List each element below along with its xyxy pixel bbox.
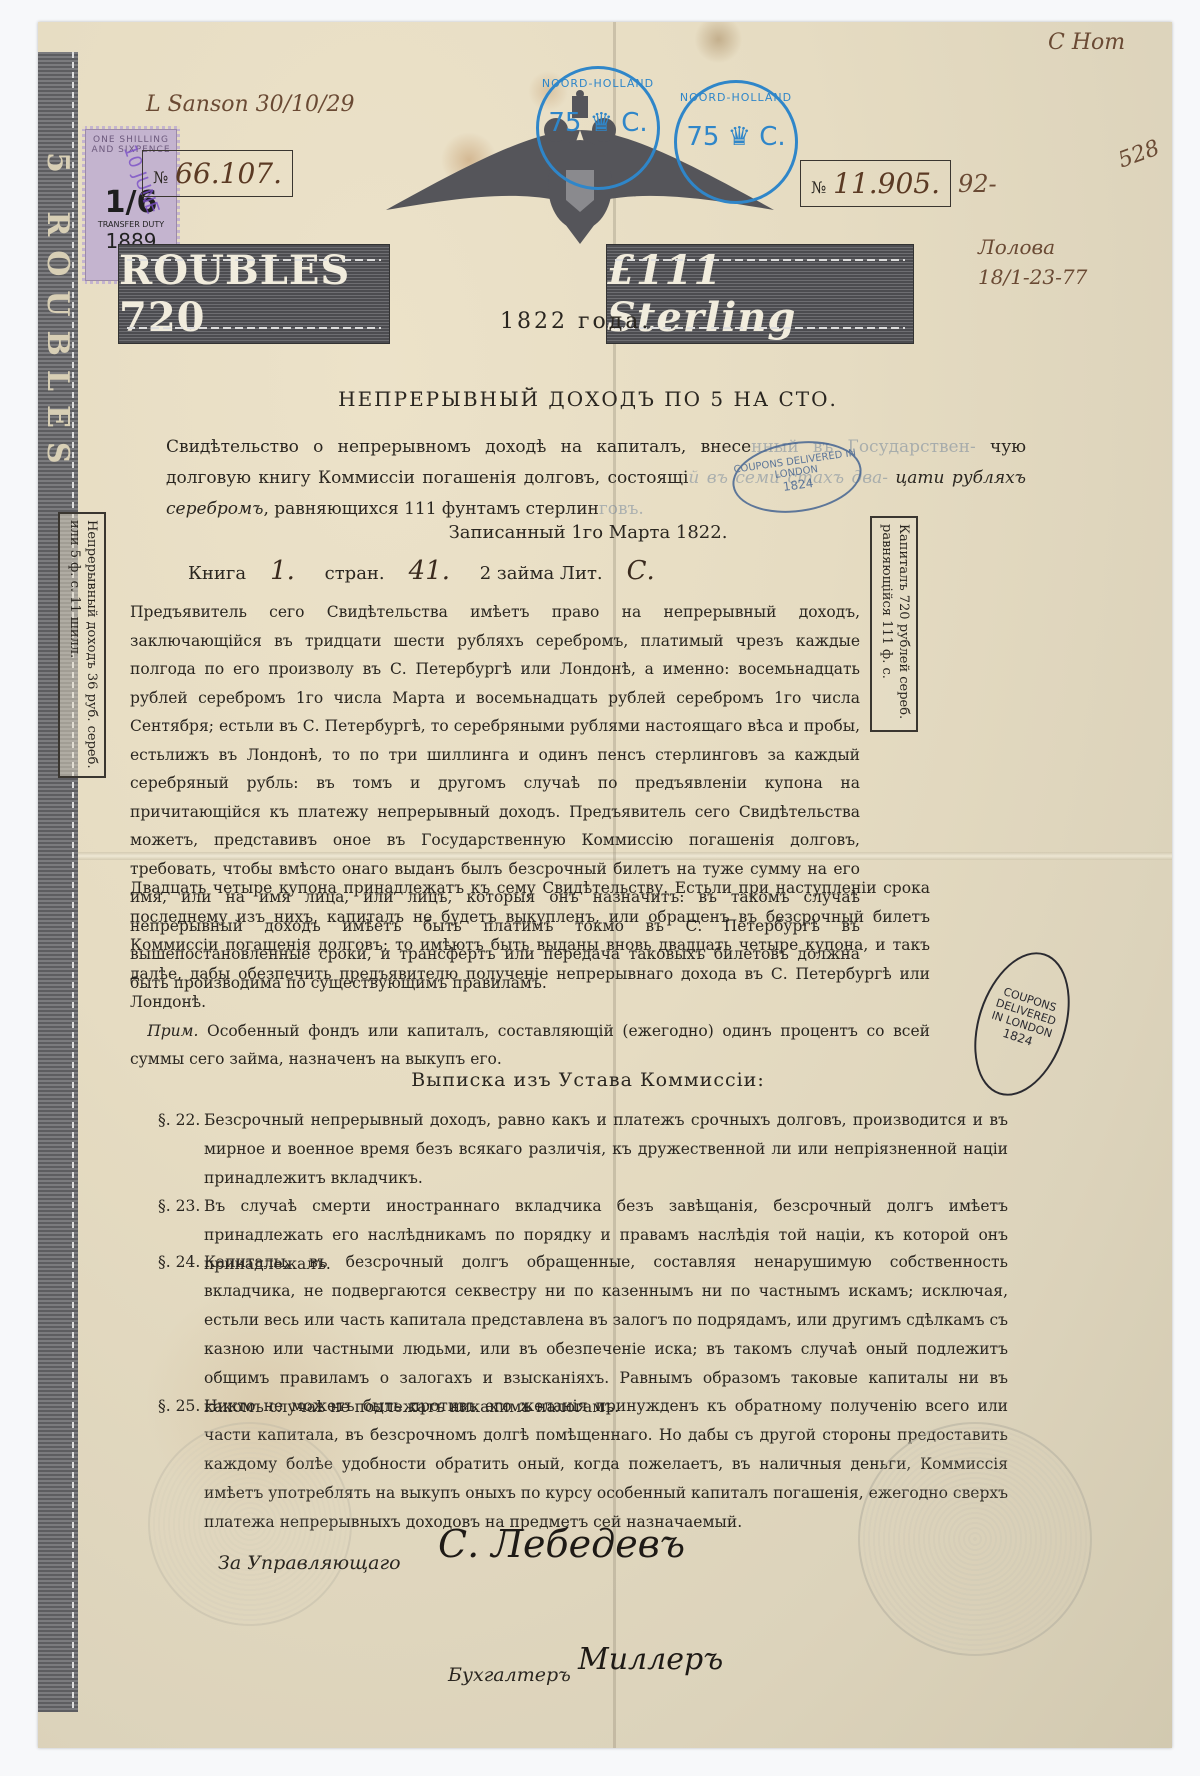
side-panel-capital: Капиталъ 720 рублей сереб. равняющійся 1… bbox=[870, 516, 918, 732]
sterling-amount: £111 Sterling bbox=[607, 247, 913, 341]
serial-number-left: № 66.107. bbox=[142, 150, 293, 197]
serial-value: 66.107. bbox=[175, 157, 282, 190]
handwritten-note-top-right: C Нот bbox=[1048, 30, 1125, 55]
signature-label-manager: За Управляющаго bbox=[218, 1552, 401, 1574]
strip-text: 5 ROUBLES bbox=[40, 152, 75, 478]
extract-title: Выписка изъ Устава Коммиссіи: bbox=[158, 1069, 1018, 1091]
note-text: Особенный фондъ или капиталъ, составляющ… bbox=[130, 1022, 930, 1069]
serial-prefix: № bbox=[811, 178, 826, 197]
registry-book-line: Книга1. стран.41. 2 займа Лит.С. bbox=[188, 556, 888, 586]
handwritten-note-left: L Sanson 30/10/29 bbox=[146, 92, 354, 117]
noord-holland-stamp-1: NOORD-HOLLAND 75 ♛ C. bbox=[536, 66, 660, 190]
signature-manager: С. Лебедевъ bbox=[438, 1522, 685, 1566]
serial-value: 11.905. bbox=[833, 167, 940, 200]
side-panel-income: Непрерывный доходъ 36 руб. сереб. или 5 … bbox=[58, 512, 106, 778]
serial-prefix: № bbox=[153, 168, 168, 187]
letter-value: С. bbox=[627, 556, 655, 586]
stamp-label: TRANSFER DUTY bbox=[85, 220, 177, 229]
note-label: Прим. bbox=[147, 1022, 198, 1040]
signature-accountant: Миллеръ bbox=[578, 1642, 723, 1677]
coupon-paragraph: Двадцать четыре купона принадлежатъ къ с… bbox=[130, 874, 930, 1074]
certificate-title: НЕПРЕРЫВНЫЙ ДОХОДЪ ПО 5 НА СТО. bbox=[158, 387, 1018, 411]
sterling-banner: £111 Sterling bbox=[606, 244, 914, 344]
handwritten-number: 92- bbox=[958, 170, 997, 198]
embossed-seal bbox=[858, 1422, 1092, 1656]
roubles-banner: ROUBLES 720 bbox=[118, 244, 390, 344]
serial-number-right: № 11.905. bbox=[800, 160, 951, 207]
handwritten-mark: 528 bbox=[1115, 136, 1163, 174]
counterfoil-strip: 5 ROUBLES bbox=[38, 52, 78, 1712]
embossed-seal-left bbox=[148, 1422, 352, 1626]
page-number: 41. bbox=[409, 556, 450, 586]
bond-paper: 5 ROUBLES ONE SHILLING AND SIXPENCE 10 J… bbox=[38, 22, 1172, 1748]
handwritten-date-note: Лоловa 18/1-23-77 bbox=[978, 232, 1108, 292]
roubles-amount: ROUBLES 720 bbox=[119, 247, 389, 341]
signature-label-accountant: Бухгалтеръ bbox=[448, 1664, 571, 1686]
section-22: §. 22. Безсрочный непрерывный доходъ, ра… bbox=[158, 1106, 1008, 1193]
noord-holland-stamp-2: NOORD-HOLLAND 75 ♛ C. bbox=[674, 80, 798, 204]
book-number: 1. bbox=[270, 556, 295, 586]
intro-paragraph: Свидѣтельство о непрерывномъ доходѣ на к… bbox=[166, 432, 1026, 525]
year-title: 1822 года. bbox=[500, 309, 651, 334]
